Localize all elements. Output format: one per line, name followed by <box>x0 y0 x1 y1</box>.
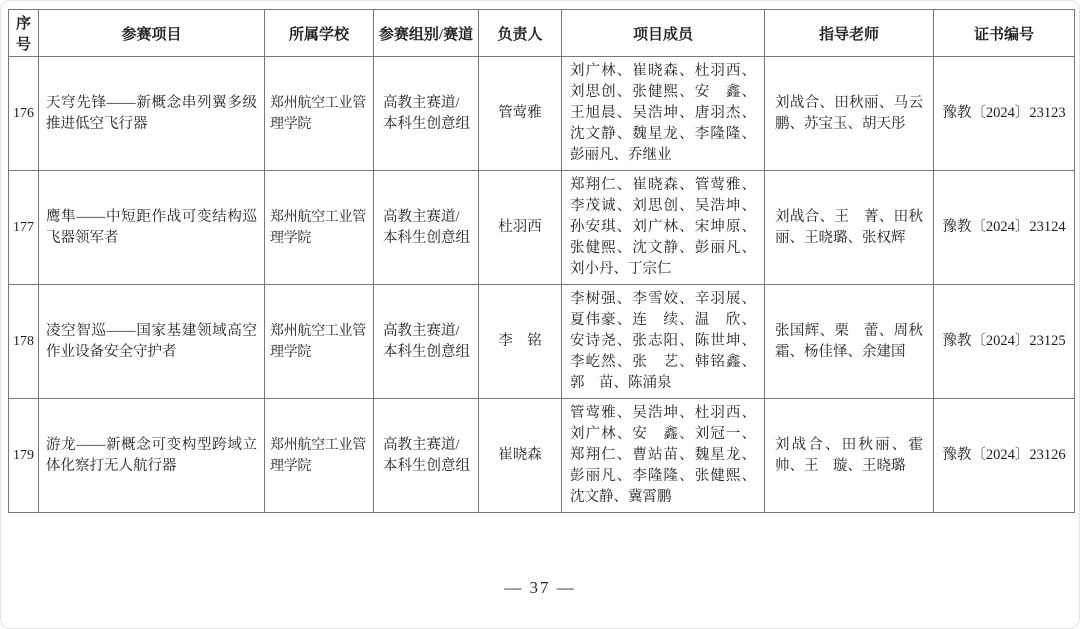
header-row: 序号 参赛项目 所属学校 参赛组别/赛道 负责人 项目成员 指导老师 证书编号 <box>9 10 1075 57</box>
cell-serial-number: 178 <box>9 285 39 399</box>
cell-track: 高教主赛道/本科生创意组 <box>374 285 479 399</box>
column-header-members: 项目成员 <box>562 10 765 57</box>
cell-school: 郑州航空工业管理学院 <box>265 399 374 513</box>
cell-track: 高教主赛道/本科生创意组 <box>374 399 479 513</box>
cell-members: 郑翔仁、崔晓森、管莺雅、李茂诚、刘思创、吴浩坤、孙安琪、刘广林、宋坤原、张健熙、… <box>562 171 765 285</box>
cell-certificate-no: 豫教〔2024〕23125 <box>934 285 1075 399</box>
cell-project-name: 游龙——新概念可变构型跨域立体化察打无人航行器 <box>39 399 265 513</box>
cell-serial-number: 179 <box>9 399 39 513</box>
table-row: 178 凌空智巡——国家基建领域高空作业设备安全守护者 郑州航空工业管理学院 高… <box>9 285 1075 399</box>
cell-certificate-no: 豫教〔2024〕23124 <box>934 171 1075 285</box>
cell-project-name: 凌空智巡——国家基建领域高空作业设备安全守护者 <box>39 285 265 399</box>
cell-track: 高教主赛道/本科生创意组 <box>374 57 479 171</box>
column-header-cert: 证书编号 <box>934 10 1075 57</box>
table-row: 177 鹰隼——中短距作战可变结构巡飞器领军者 郑州航空工业管理学院 高教主赛道… <box>9 171 1075 285</box>
page-number: — 37 — <box>1 578 1079 598</box>
cell-track: 高教主赛道/本科生创意组 <box>374 171 479 285</box>
cell-project-name: 天穹先锋——新概念串列翼多级推进低空飞行器 <box>39 57 265 171</box>
cell-certificate-no: 豫教〔2024〕23123 <box>934 57 1075 171</box>
cell-project-name: 鹰隼——中短距作战可变结构巡飞器领军者 <box>39 171 265 285</box>
cell-school: 郑州航空工业管理学院 <box>265 57 374 171</box>
cell-leader: 管莺雅 <box>479 57 562 171</box>
cell-certificate-no: 豫教〔2024〕23126 <box>934 399 1075 513</box>
cell-school: 郑州航空工业管理学院 <box>265 285 374 399</box>
table-row: 179 游龙——新概念可变构型跨域立体化察打无人航行器 郑州航空工业管理学院 高… <box>9 399 1075 513</box>
column-header-leader: 负责人 <box>479 10 562 57</box>
cell-advisors: 张国辉、栗 蕾、周秋霜、杨佳怿、余建国 <box>765 285 934 399</box>
column-header-school: 所属学校 <box>265 10 374 57</box>
cell-serial-number: 177 <box>9 171 39 285</box>
cell-members: 刘广林、崔晓森、杜羽西、刘思创、张健熙、安 鑫、王旭晨、吴浩坤、唐羽杰、沈文静、… <box>562 57 765 171</box>
table-row: 176 天穹先锋——新概念串列翼多级推进低空飞行器 郑州航空工业管理学院 高教主… <box>9 57 1075 171</box>
column-header-no: 序号 <box>9 10 39 57</box>
cell-members: 管莺雅、吴浩坤、杜羽西、刘广林、安 鑫、刘冠一、郑翔仁、曹站苗、魏星龙、彭丽凡、… <box>562 399 765 513</box>
cell-members: 李树强、李雪姣、辛羽展、夏伟豪、连 续、温 欣、安诗尧、张志阳、陈世坤、李屹然、… <box>562 285 765 399</box>
cell-leader: 李 铭 <box>479 285 562 399</box>
cell-leader: 崔晓森 <box>479 399 562 513</box>
cell-advisors: 刘战合、田秋丽、马云鹏、苏宝玉、胡天彤 <box>765 57 934 171</box>
cell-leader: 杜羽西 <box>479 171 562 285</box>
column-header-advisors: 指导老师 <box>765 10 934 57</box>
cell-serial-number: 176 <box>9 57 39 171</box>
column-header-track: 参赛组别/赛道 <box>374 10 479 57</box>
column-header-project: 参赛项目 <box>39 10 265 57</box>
competition-roster-table: 序号 参赛项目 所属学校 参赛组别/赛道 负责人 项目成员 指导老师 证书编号 … <box>8 9 1075 513</box>
cell-advisors: 刘战合、王 菁、田秋丽、王晓璐、张权辉 <box>765 171 934 285</box>
cell-advisors: 刘战合、田秋丽、霍 帅、王 璇、王晓璐 <box>765 399 934 513</box>
cell-school: 郑州航空工业管理学院 <box>265 171 374 285</box>
document-page: 序号 参赛项目 所属学校 参赛组别/赛道 负责人 项目成员 指导老师 证书编号 … <box>0 0 1080 629</box>
